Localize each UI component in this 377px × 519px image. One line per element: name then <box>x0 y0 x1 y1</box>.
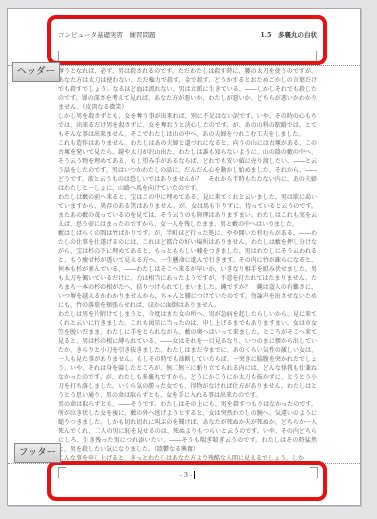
footer-boundary-line <box>8 463 360 464</box>
margin-mark-top-right <box>316 51 317 64</box>
body-paragraph: これも造作はありません。わたしはあの夫婦と道づれになると、向うの山には古塚がある… <box>58 139 317 193</box>
body-paragraph: わたしは男を片附けてしまうと、今度はまた女の所へ、男が急病を起したらしいから、見… <box>58 310 317 400</box>
header-left-text: コンピュータ基礎実習 練習問題 <box>58 29 156 41</box>
body-paragraph: わたしは藪の前へ来ると、宝はこの中に埋めてある、見に来てくれと云いました。男は欲… <box>58 193 317 229</box>
footer-highlight-box <box>47 461 327 501</box>
text-cursor <box>194 471 195 479</box>
body-paragraph: しかし男を殺さずとも、女を奪う事が出来れば、別に不足はない訳です。いや、その時の… <box>58 112 317 139</box>
header-callout-label: ヘッダー <box>12 62 60 82</box>
page-header-area[interactable]: コンピュータ基礎実習 練習問題 1.5 多襄丸の白状 <box>58 29 317 41</box>
workspace: { "document": { "header": { "left": "コンピ… <box>0 0 377 519</box>
document-page: コンピュータ基礎実習 練習問題 1.5 多襄丸の白状 奪うとなれば、必ず、男は殺… <box>7 8 361 506</box>
body-paragraph: 男の命は取らずとも、――そうです。わたしはその上にも、男を殺すつもりはなかったの… <box>58 400 317 454</box>
header-boundary-line <box>8 65 360 66</box>
document-body-text: 奪うとなれば、必ず、男は殺されるのです。ただわたしは殺す時に、腰の太刀を使うので… <box>58 67 317 461</box>
page-number-text: - 3 - <box>180 471 193 479</box>
header-right-text: 1.5 多襄丸の白状 <box>260 29 317 41</box>
page-footer-area[interactable]: - 3 - <box>58 469 317 481</box>
body-paragraph: 奪うとなれば、必ず、男は殺されるのです。ただわたしは殺す時に、腰の太刀を使うので… <box>58 67 317 112</box>
body-paragraph: 藪はしばらくの間は竹ばかりです。が、半町ほど行った処に、やや開いた杉むらがある、… <box>58 229 317 310</box>
footer-callout-label: フッター <box>14 443 61 463</box>
body-paragraph: こんな事を申し上げると、きっとわたしはあなた方より残酷な人間に見えるでしょう。し… <box>58 454 317 461</box>
